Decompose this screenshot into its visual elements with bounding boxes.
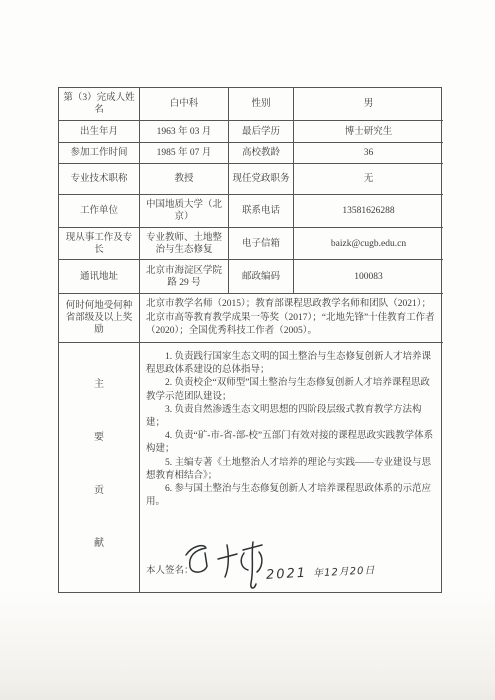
signature-date-year: 2021	[266, 566, 308, 583]
vlabel-char: 主	[94, 379, 104, 391]
completer-info-table: 第（3）完成人姓名 白中科 性别 男 出生年月 1963 年 03 月 最后学历…	[58, 87, 442, 593]
label-email: 电子信箱	[229, 228, 294, 260]
value-final-education: 博士研究生	[294, 121, 443, 143]
value-gender: 男	[294, 88, 443, 121]
vlabel-char: 要	[94, 432, 104, 444]
contribution-item: 5. 主编专著《土地整治人才培养的理论与实践——专业建设与思想教育相结合》；	[146, 457, 437, 483]
label-party-position: 现任党政职务	[229, 164, 294, 195]
value-work-start: 1985 年 07 月	[140, 143, 229, 164]
value-phone: 13581626288	[294, 195, 443, 228]
label-teaching-years: 高校教龄	[229, 143, 294, 164]
vlabel-char: 献	[94, 538, 104, 550]
label-professional-title: 专业技术职称	[59, 164, 140, 195]
label-phone: 联系电话	[229, 195, 294, 228]
signature-date-suffix: 年12月20日	[313, 565, 376, 579]
main-contributions-cell: 1. 负责践行国家生态文明的国土整治与生态修复创新人才培养课程思政体系建设的总体…	[140, 343, 443, 592]
value-current-work: 专业教师、土地整治与生态修复	[140, 228, 229, 260]
value-awards: 北京市教学名师（2015）；教育部课程思政教学名师和团队（2021）；北京市高等…	[140, 294, 443, 343]
signature-date: 2021年12月20日	[266, 564, 376, 583]
contribution-item: 1. 负责践行国家生态文明的国土整治与生态修复创新人才培养课程思政体系建设的总体…	[146, 351, 437, 377]
handwritten-signature-icon	[180, 537, 272, 591]
value-postal-code: 100083	[294, 260, 443, 294]
label-mailing-address: 通讯地址	[59, 260, 140, 294]
vlabel-char: 贡	[94, 485, 104, 497]
label-work-start: 参加工作时间	[59, 143, 140, 164]
contribution-item: 6. 参与国土整治与生态修复创新人才培养课程思政体系的示范应用。	[146, 483, 437, 509]
contribution-item: 3. 负责自然渗透生态文明思想的四阶段层级式教育教学方法构建；	[146, 404, 437, 430]
label-work-unit: 工作单位	[59, 195, 140, 228]
value-work-unit: 中国地质大学（北京）	[140, 195, 229, 228]
scanned-form-page: 第（3）完成人姓名 白中科 性别 男 出生年月 1963 年 03 月 最后学历…	[0, 0, 495, 700]
value-completer-name: 白中科	[140, 88, 229, 121]
value-professional-title: 教授	[140, 164, 229, 195]
label-gender: 性别	[229, 88, 294, 121]
label-completer-name: 第（3）完成人姓名	[59, 88, 140, 121]
contribution-item: 4. 负责“矿-市-省-部-校”五部门有效对接的课程思政实践教学体系构建；	[146, 430, 437, 456]
value-email: baizk@cugb.edu.cn	[294, 228, 443, 260]
label-final-education: 最后学历	[229, 121, 294, 143]
contribution-item: 2. 负责校企“双师型”国土整治与生态修复创新人才培养课程思政教学示范团队建设；	[146, 377, 437, 403]
label-postal-code: 邮政编码	[229, 260, 294, 294]
value-mailing-address: 北京市海淀区学院路 29 号	[140, 260, 229, 294]
label-awards: 何时何地受何种省部级及以上奖励	[59, 294, 140, 343]
value-birth-date: 1963 年 03 月	[140, 121, 229, 143]
label-current-work: 现从事工作及专长	[59, 228, 140, 260]
value-party-position: 无	[294, 164, 443, 195]
label-main-contributions: 主 要 贡 献	[59, 343, 140, 592]
value-teaching-years: 36	[294, 143, 443, 164]
label-birth-date: 出生年月	[59, 121, 140, 143]
